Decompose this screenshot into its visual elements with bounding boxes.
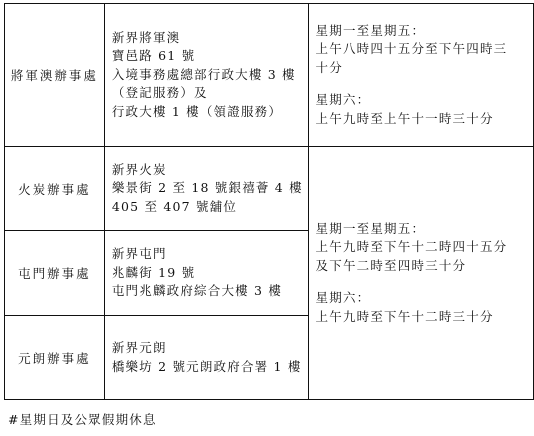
address-cell: 新界屯門 兆麟街 19 號 屯門兆麟政府綜合大樓 3 樓 bbox=[104, 231, 308, 316]
office-name-cell: 屯門辦事處 bbox=[5, 231, 105, 316]
address-line: 405 至 407 號舖位 bbox=[112, 198, 308, 217]
table-row: 火炭辦事處 新界火炭 樂景街 2 至 18 號銀禧薈 4 樓 405 至 407… bbox=[5, 147, 534, 231]
weekday-hours: 十分 bbox=[316, 59, 533, 78]
weekday-hours: 上午八時四十五分至下午四時三 bbox=[316, 40, 533, 59]
office-name: 將軍澳辦事處 bbox=[11, 68, 98, 83]
office-name: 屯門辦事處 bbox=[18, 266, 91, 281]
address-line: 屯門兆麟政府綜合大樓 3 樓 bbox=[112, 282, 308, 301]
office-hours-table: 將軍澳辦事處 新界將軍澳 寶邑路 61 號 入境事務處總部行政大樓 3 樓 （登… bbox=[4, 3, 534, 400]
address-line: 新界屯門 bbox=[112, 245, 308, 264]
office-name-cell: 將軍澳辦事處 bbox=[5, 4, 105, 147]
office-name: 火炭辦事處 bbox=[18, 182, 91, 197]
office-name-cell: 元朗辦事處 bbox=[5, 316, 105, 400]
footnote: #星期日及公眾假期休息 bbox=[8, 410, 157, 428]
address-line: 寶邑路 61 號 bbox=[112, 47, 308, 66]
weekday-hours: 上午九時至下午十二時四十五分 bbox=[316, 238, 533, 257]
weekday-hours: 及下午二時至四時三十分 bbox=[316, 257, 533, 276]
address-line: 新界元朗 bbox=[112, 339, 308, 358]
address-line: （登記服務）及 bbox=[112, 84, 308, 103]
hours-cell: 星期一至星期五： 上午八時四十五分至下午四時三 十分 星期六： 上午九時至上午十… bbox=[308, 4, 533, 147]
shared-hours-cell: 星期一至星期五： 上午九時至下午十二時四十五分 及下午二時至四時三十分 星期六：… bbox=[308, 147, 533, 400]
address-cell: 新界將軍澳 寶邑路 61 號 入境事務處總部行政大樓 3 樓 （登記服務）及 行… bbox=[104, 4, 308, 147]
saturday-label: 星期六： bbox=[316, 289, 533, 308]
saturday-hours: 上午九時至上午十一時三十分 bbox=[316, 110, 533, 129]
weekday-label: 星期一至星期五： bbox=[316, 22, 533, 41]
address-line: 新界火炭 bbox=[112, 161, 308, 180]
table-row: 將軍澳辦事處 新界將軍澳 寶邑路 61 號 入境事務處總部行政大樓 3 樓 （登… bbox=[5, 4, 534, 147]
weekday-label: 星期一至星期五： bbox=[316, 220, 533, 239]
address-line: 新界將軍澳 bbox=[112, 29, 308, 48]
saturday-hours: 上午九時至下午十二時三十分 bbox=[316, 308, 533, 327]
address-line: 橋樂坊 2 號元朗政府合署 1 樓 bbox=[112, 358, 308, 377]
office-name: 元朗辦事處 bbox=[18, 351, 91, 366]
saturday-label: 星期六： bbox=[316, 91, 533, 110]
address-cell: 新界火炭 樂景街 2 至 18 號銀禧薈 4 樓 405 至 407 號舖位 bbox=[104, 147, 308, 231]
address-line: 行政大樓 1 樓（領證服務） bbox=[112, 103, 308, 122]
office-name-cell: 火炭辦事處 bbox=[5, 147, 105, 231]
address-line: 入境事務處總部行政大樓 3 樓 bbox=[112, 66, 308, 85]
address-line: 樂景街 2 至 18 號銀禧薈 4 樓 bbox=[112, 179, 308, 198]
address-line: 兆麟街 19 號 bbox=[112, 264, 308, 283]
address-cell: 新界元朗 橋樂坊 2 號元朗政府合署 1 樓 bbox=[104, 316, 308, 400]
